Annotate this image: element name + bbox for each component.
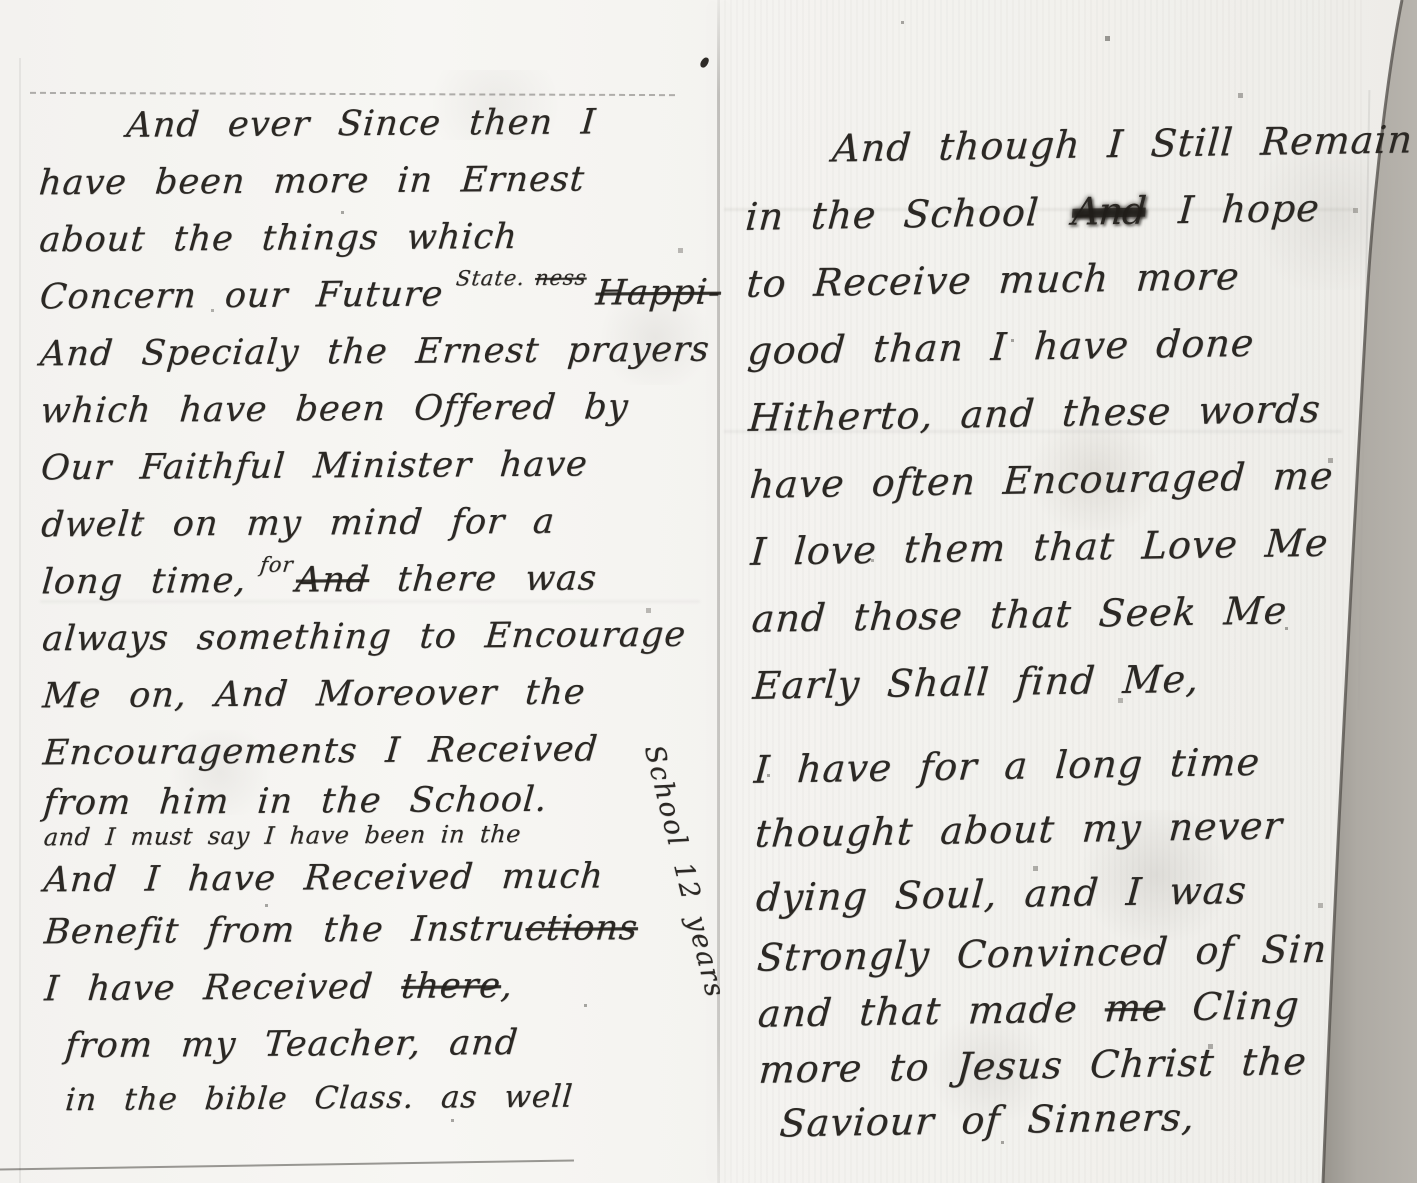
handwritten-line: And ever Since then I <box>36 94 706 156</box>
struck-out-text: ctions <box>524 908 640 949</box>
handwritten-line: always something to Encourage <box>40 607 710 669</box>
handwritten-line: Me on, And Moreover the <box>40 664 710 726</box>
handwritten-text: Saviour of Sinners, <box>778 1095 1196 1146</box>
handwritten-text: And ever Since then I <box>125 102 598 145</box>
handwritten-text: Hitherto, and these words <box>747 387 1322 440</box>
handwritten-line: in the School And I hope <box>743 174 1360 251</box>
struck-out-text: there <box>400 966 503 1007</box>
letter-scan: And ever Since then Ihave been more in E… <box>0 0 1417 1183</box>
handwritten-text: And I have Received much <box>42 856 605 900</box>
handwritten-text: I love them that Love Me <box>749 521 1330 574</box>
handwritten-text: And though I Still Remain <box>831 117 1415 170</box>
handwritten-text: from my Teacher, and <box>63 1023 519 1066</box>
handwritten-text: thought about my never <box>754 803 1285 855</box>
handwritten-text: more to Jesus Christ the <box>757 1039 1308 1092</box>
handwritten-text: I have for a long time <box>753 740 1262 792</box>
handwritten-text: I hope <box>1150 186 1321 233</box>
handwritten-text: And Specialy the Ernest prayers <box>39 330 712 375</box>
handwritten-line: Saviour of Sinners, <box>758 1088 1374 1150</box>
left-page: And ever Since then Ihave been more in E… <box>38 94 710 1126</box>
handwritten-text: Strongly Convinced of Sin <box>756 927 1329 980</box>
handwritten-text: dwelt on my mind for a <box>40 502 557 546</box>
handwritten-line: I have Received there, <box>42 957 712 1019</box>
handwritten-line: and I must say I have been in the <box>42 820 710 857</box>
handwritten-line: Early Shall find Me, <box>750 643 1367 720</box>
handwritten-line: dwelt on my mind for a <box>39 493 709 555</box>
struck-out-text: And <box>294 560 370 601</box>
struck-out-text: me <box>1103 985 1167 1030</box>
handwritten-text: Our Faithful Minister have <box>39 444 589 488</box>
struck-out-text: ness <box>532 250 590 307</box>
handwritten-text: about the things which <box>38 217 519 260</box>
handwritten-line: have often Encouraged me <box>747 442 1364 519</box>
handwritten-text: in the bible Class. as well <box>64 1079 575 1119</box>
handwritten-text: I have Received <box>43 967 403 1010</box>
handwritten-line: I love them that Love Me <box>748 509 1365 586</box>
handwritten-line: Hitherto, and these words <box>746 375 1363 452</box>
handwritten-line: about the things which <box>37 208 707 270</box>
handwritten-line: from him in the School. <box>42 778 710 825</box>
handwritten-text: and those that Seek Me <box>750 588 1289 640</box>
handwritten-line: thought about my never <box>753 792 1370 866</box>
handwritten-line: more to Jesus Christ the <box>757 1032 1373 1098</box>
handwritten-text: always something to Encourage <box>41 615 688 660</box>
handwritten-text: from him in the School. <box>42 780 549 824</box>
handwritten-line: dying Soul, and I was <box>754 856 1371 930</box>
handwritten-text: Me on, And Moreover the <box>41 673 587 717</box>
handwritten-text: Cling <box>1164 983 1301 1029</box>
handwritten-text: there was <box>368 558 599 600</box>
handwritten-text: Benefit from the Instru <box>43 909 527 952</box>
handwritten-line: Our Faithful Minister have <box>39 436 709 498</box>
handwritten-text: Early Shall find Me, <box>751 657 1200 708</box>
struck-out-text: And <box>1071 189 1147 234</box>
handwritten-line: which have been Offered by <box>38 379 708 441</box>
handwritten-line: have been more in Ernest <box>37 151 707 213</box>
handwritten-line: good than I have done <box>745 308 1362 385</box>
struck-out-text: Happi- <box>594 273 722 314</box>
handwritten-text: Concern our Future <box>38 275 445 318</box>
handwritten-text: and I must say I have been in the <box>43 820 522 851</box>
inserted-correction-text: State. <box>453 250 528 308</box>
handwritten-line: And though I Still Remain <box>742 107 1359 184</box>
handwritten-line: and that made me Cling <box>756 976 1372 1042</box>
handwritten-line: from my Teacher, and <box>43 1014 713 1076</box>
handwritten-text: in the School <box>744 190 1068 239</box>
handwritten-text: dying Soul, and I was <box>755 868 1249 920</box>
handwritten-line: I have for a long time <box>752 728 1369 802</box>
handwritten-line: Benefit from the Instructions <box>42 900 712 962</box>
right-page: And though I Still Remainin the School A… <box>744 107 1372 1149</box>
handwritten-text: to Receive much more <box>745 254 1241 306</box>
handwritten-text: and that made <box>756 986 1106 1036</box>
handwritten-text: have been more in Ernest <box>37 160 586 204</box>
handwritten-line: long time,forAnd there was <box>40 550 710 612</box>
handwritten-line: Encouragements I Received <box>41 721 711 783</box>
handwritten-line: in the bible Class. as well <box>43 1071 712 1126</box>
handwritten-text: , <box>499 966 514 1006</box>
handwritten-text: good than I have done <box>746 321 1256 373</box>
handwritten-line: Strongly Convinced of Sin <box>755 920 1371 986</box>
inserted-correction-text: for <box>256 537 296 594</box>
handwritten-text: Encouragements I Received <box>41 729 599 773</box>
handwritten-line: And I have Received much <box>42 852 711 905</box>
handwritten-line: and those that Seek Me <box>749 576 1366 653</box>
handwritten-line: And Specialy the Ernest prayers <box>38 322 708 384</box>
handwritten-text: which have been Offered by <box>39 387 630 431</box>
handwritten-line: to Receive much more <box>744 241 1361 318</box>
handwritten-text: have often Encouraged me <box>748 454 1335 507</box>
handwritten-text: long time, <box>40 561 248 602</box>
handwritten-line: Concern our FutureState.nessHappi- <box>38 265 708 327</box>
